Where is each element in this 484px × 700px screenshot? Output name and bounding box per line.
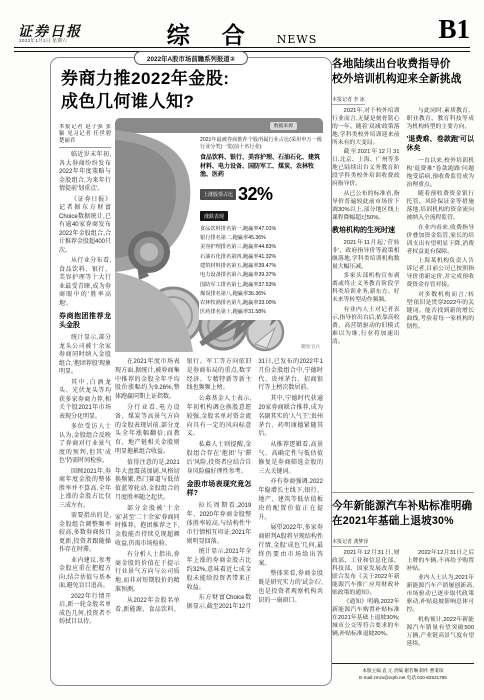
paragraph: 其中,宁德时代获逾20家券商联合推荐,成为名副其实的'人气王';贵州茅台、药明康… — [258, 395, 323, 439]
paragraph: 公募基金人士表示,年初机构调仓换股意愿较强,金股名单对资金流向具有一定的风向标意… — [187, 395, 252, 439]
paragraph: 部分金股被'十余家'甚至'二十余家'券商同时推荐。抱团推荐之下,金股能否持续兑现… — [115, 505, 180, 549]
paragraph: 回顾2021年,券商年度金股的整体胜率并不算高,全年上涨的金股占比仅三成左右。 — [59, 468, 111, 511]
paragraph: 统计显示,部分龙头公司被十余家券商同时纳入金股组合,'抱团荐股'现象明显。 — [59, 334, 111, 377]
main-article-box: 2022年A股市场前瞻系列报道② 券商力推2022年金股: 成色几何谁人知? 本… — [50, 57, 332, 686]
badge-value: 32% — [238, 184, 273, 205]
right2-headline-line1: 今年新能源汽车补贴标准明确 — [332, 499, 474, 514]
paragraph: 多家头部机构宣布剥离或终止义务教育阶段学科类培训业务,新东方、好未来等转型动作频… — [332, 272, 400, 304]
main-bottom-columns: 在2021年度市场表现方面,据统计,被券商集中推荐的金股全年平均股价涨幅约为9.… — [115, 358, 323, 674]
main-headline-line2: 成色几何谁人知? — [61, 91, 229, 114]
right-article-education: 各地陆续出台收费指导价 校外培训机构迎来全新挑战 本报记者 李 冰 2021年,… — [332, 57, 474, 479]
infographic-panel: 2021年最被券商推荐个股所属行业占比(采用申万一级行业分类)一览(前十名行业)… — [199, 135, 323, 320]
paragraph: 多位受访人士认为,金股组合反映了券商对行业景气度的预判,但其'成色'仍需时间检验… — [59, 423, 111, 466]
badge-label: 上涨股票占比 — [200, 189, 236, 200]
section-title: 综 合 NEWS — [14, 17, 470, 50]
paragraph: 需要指出的是,金股组合调整频率较高,多数券商按月更新,投资者跟随操作存在时滞。 — [59, 512, 111, 555]
infographic-row: 美容护理排名第三,跑赢率44.83% — [200, 243, 322, 252]
paragraph: 《证券日报》记者据东方财富Choice数据统计,已有逾40家券商发布2022年金… — [59, 196, 111, 256]
footer-editors: 本版主编 袁 元 责编 谢若琳 制作 曹秉琛 — [332, 667, 474, 674]
right-articles-divider — [332, 492, 474, 493]
infographic-row: 银行排名第二,跑赢率45.36% — [200, 234, 322, 243]
page-header: 证券日报 2022年1月1日 星期六 综 合 NEWS B1 — [14, 20, 470, 46]
right1-subhead-a: 教培机构的生死时速 — [332, 226, 400, 235]
paragraph: 有业内人士对记者表示,指导价出台后,依靠高收费、高营销驱动的旧模式难以为继,行业… — [332, 306, 400, 346]
paragraph: 业内人士认为,2021年新能源汽车产销屡创新高,市场驱动已逐步取代政策驱动,补贴… — [407, 574, 475, 614]
right2-columns: 2021年12月31日,财政部、工业和信息化部、科技部、国家发展改革委联合发布《… — [332, 549, 474, 661]
paragraph: 展望2022年,多家券商研判A股将呈现结构性行情,金股'成色'几何,最终仍要由市… — [258, 524, 323, 568]
paragraph: 私募人士则提醒,金股组合存在'抱团'与'滞后'风险,投资者应结合自身风险偏好理性… — [187, 441, 252, 476]
paragraph: 值得注意的是,2021年大盘震荡加剧,风格切换频繁,热门赛道与低估值蓝筹轮动,金… — [115, 459, 180, 503]
paragraph: 整体来看,券商金股既是研究实力的'试金石',也是投资者观察机构共识的一扇窗口。 — [258, 570, 323, 605]
main-headline: 券商力推2022年金股: 成色几何谁人知? — [61, 68, 229, 114]
newspaper-page: 证券日报 2022年1月1日 星期六 综 合 NEWS B1 2022年A股市场… — [0, 0, 484, 700]
paragraph: 截至2021年12月31日,北京、上海、广州等多地已陆续出台义务教育阶段学科类校… — [332, 148, 400, 188]
page-number: B1 — [438, 14, 470, 45]
paragraph: 2022年12月31日之后上牌的车辆,不再给予购置补贴。 — [407, 549, 475, 573]
right1-headline: 各地陆续出台收费指导价 校外培训机构迎来全新挑战 — [332, 57, 474, 88]
paragraph: 临近岁末年初,各大券商纷纷发布2022年年度策略与金股组合,为来年行情提前'划重… — [59, 151, 111, 194]
infographic-badge: 上涨股票占比 32% — [200, 184, 322, 205]
paragraph: 与此同时,素质教育、职业教育、教育科技等成为机构转型的主要方向。 — [407, 107, 475, 131]
infographic-row: 医药排名第十,跑赢率31.58% — [200, 308, 322, 317]
section-title-en: NEWS — [277, 33, 318, 46]
main-left-column: 本报记者 赵子强 张 颖 见习记者 任世碧 楚丽君 临近岁末年初,各大券商纷纷发… — [59, 124, 111, 676]
infographic-row: 国防军工排名第七,跑赢率37.53% — [200, 281, 322, 290]
infographic-intro: 2021年最被券商推荐个股所属行业占比(采用申万一级行业分类)一览(前十名行业)… — [200, 137, 322, 151]
infographic-row: 石油石化排名第四,跑赢率41.32% — [200, 253, 322, 262]
right1-columns: 2021年,对于校外培训行业而言,无疑是刻骨铭心的一年。随着'双减'政策落地,学… — [332, 107, 474, 479]
footer-contact: E-mail:zmzx@zqrb.net 电话 010-82531785 — [332, 674, 474, 681]
paragraph: 统计显示,2021年全年上涨的券商金股占比约32%,意味着近七成金股未能给投资者… — [187, 548, 252, 592]
paragraph: 其中,白酒龙头、光伏龙头等均获多家券商力荐,相关个股2021年市场表现分化明显。 — [59, 379, 111, 422]
main-headline-line1: 券商力推2022年金股: — [61, 68, 229, 91]
paragraph: 2021年,对于校外培训行业而言,无疑是刻骨铭心的一年。随着'双减'政策落地,学… — [332, 107, 400, 147]
paragraph: 机构预计,2022年新能源汽车销量有望突破500万辆,产业链高景气度有望延续。 — [407, 616, 475, 648]
paragraph: 2022年行情开启,新一轮金股名单成色几何,投资者不妨拭目以待。 — [59, 593, 111, 627]
infographic-list-header: 涨跌表现 — [200, 211, 228, 221]
paragraph: 2021年11月起,'营转非'、政府指导价等政策相继落地,学科类培训机构数量大幅… — [332, 239, 400, 271]
paragraph: 一直以来,校外培训机构'退费难''卷款跑路'问题饱受诟病,预收费监管成为治理重点… — [407, 157, 475, 189]
paragraph: 上海某机构负责人告诉记者,目前公司已按照指导价重新定价,并完成预收费资金存管对接… — [407, 257, 475, 289]
paragraph: 业内建议,参考金股应重在把握方向,结合估值与基本面,避免盲目追高。 — [59, 557, 111, 591]
infographic-row: 食品饮料排名第一,跑赢率47.01% — [200, 225, 322, 234]
paragraph: 在业内看来,收费指导价叠加资金监管,家长的培训支出有望明显下降,消费者权益更有保… — [407, 224, 475, 256]
right2-byline: 本报记者 龚梦泽 — [332, 538, 368, 547]
series-tag: 2022年A股市场前瞻系列报道② — [134, 51, 248, 65]
section-title-cn: 综 合 — [167, 22, 257, 49]
infographic-industries: 食品饮料、银行、美容护理、石油石化、建筑材料、电力设备、国防军工、煤炭、农林牧渔… — [200, 154, 322, 180]
right1-subhead-b: '退费难、卷款跑'可以休矣 — [407, 135, 475, 153]
paragraph: 在2021年度市场表现方面,据统计,被券商集中推荐的金股全年平均股价涨幅约为9.… — [115, 358, 180, 402]
main-byline: 本报记者 赵子强 张 颖 见习记者 任世碧 楚丽君 — [59, 124, 111, 148]
right1-headline-line2: 校外培训机构迎来全新挑战 — [332, 72, 474, 87]
paragraph: 《通知》明确,2022年新能源汽车购置补贴标准在2021年基础上退坡30%;城市… — [332, 598, 400, 638]
paragraph: 亦有券商强调,2022年稳增长主线下,银行、地产、建筑等低估值板块的配置价值正在… — [258, 478, 323, 522]
infographic-row: 煤炭排名第八,跑赢率36.36% — [200, 290, 322, 299]
right1-byline: 本报记者 李 冰 — [332, 96, 365, 105]
paragraph: 从已公布的标准看,指导价普遍较此前市场价下调30%以上,部分地区线上课程降幅超过… — [332, 190, 400, 222]
paragraph: 拉长周期看,2019年、2020年券商金股整体胜率较高,与结构性牛市行情相互印证… — [187, 502, 252, 546]
paragraph: 随着预收费资金银行托管、风险保证金等措施落地,培训机构的资金流向被纳入全流程监管… — [407, 190, 475, 222]
paragraph: 分行业看,电力设备、煤炭等高景气方向的金股表现居前,部分龙头全年涨幅翻倍;而教育… — [115, 404, 180, 457]
page-footer: 本版主编 袁 元 责编 谢若琳 制作 曹秉琛 E-mail:zmzx@zqrb.… — [332, 663, 474, 681]
paragraph: 2021年12月31日,财政部、工业和信息化部、科技部、国家发展改革委联合发布《… — [332, 549, 400, 597]
bottom-subhead: 金股市场表现究竟怎样? — [187, 480, 252, 498]
paragraph: 从推荐逻辑看,高景气、高确定性与低估值修复是券商筛选金股的三大关键词。 — [258, 441, 323, 476]
infographic-row: 建筑材料排名第五,跑赢率39.47% — [200, 262, 322, 271]
infographic-row: 农林牧渔排名第九,跑赢率33.00% — [200, 299, 322, 308]
right1-headline-line1: 各地陆续出台收费指导价 — [332, 57, 474, 72]
infographic-banner-tag: 数据来源 — [270, 122, 297, 130]
right2-headline: 今年新能源汽车补贴标准明确 在2021年基础上退坡30% — [332, 499, 474, 530]
right2-headline-line2: 在2021年基础上退坡30% — [332, 514, 474, 529]
paragraph: 对多数机构而言,'转型'依旧是贯穿2022年的关键词。能否找到新的增长曲线,考验… — [407, 291, 475, 331]
right-article-ev-subsidy: 今年新能源汽车补贴标准明确 在2021年基础上退坡30% 本报记者 龚梦泽 20… — [332, 499, 474, 661]
infographic: 数据来源 2021年最被券商推荐个股所属 — [115, 118, 323, 352]
infographic-rows: 食品饮料排名第一,跑赢率47.01% 银行排名第二,跑赢率45.36% 美容护理… — [200, 225, 322, 318]
infographic-credit: 制图:官兵 — [301, 344, 320, 350]
paragraph: 从行业分布看,食品饮料、银行、美容护理等十大行业最受青睐,成为券商眼中的'胜率高… — [59, 257, 111, 308]
paragraph: 有分析人士指出,券商金股的价值在于提示行业景气方向与公司质地,而非对短期股价的精… — [115, 551, 180, 595]
left-column-subhead: 券商抱团推荐龙头金股 — [59, 312, 111, 330]
infographic-row: 电力设备排名第六,跑赢率39.37% — [200, 271, 322, 280]
